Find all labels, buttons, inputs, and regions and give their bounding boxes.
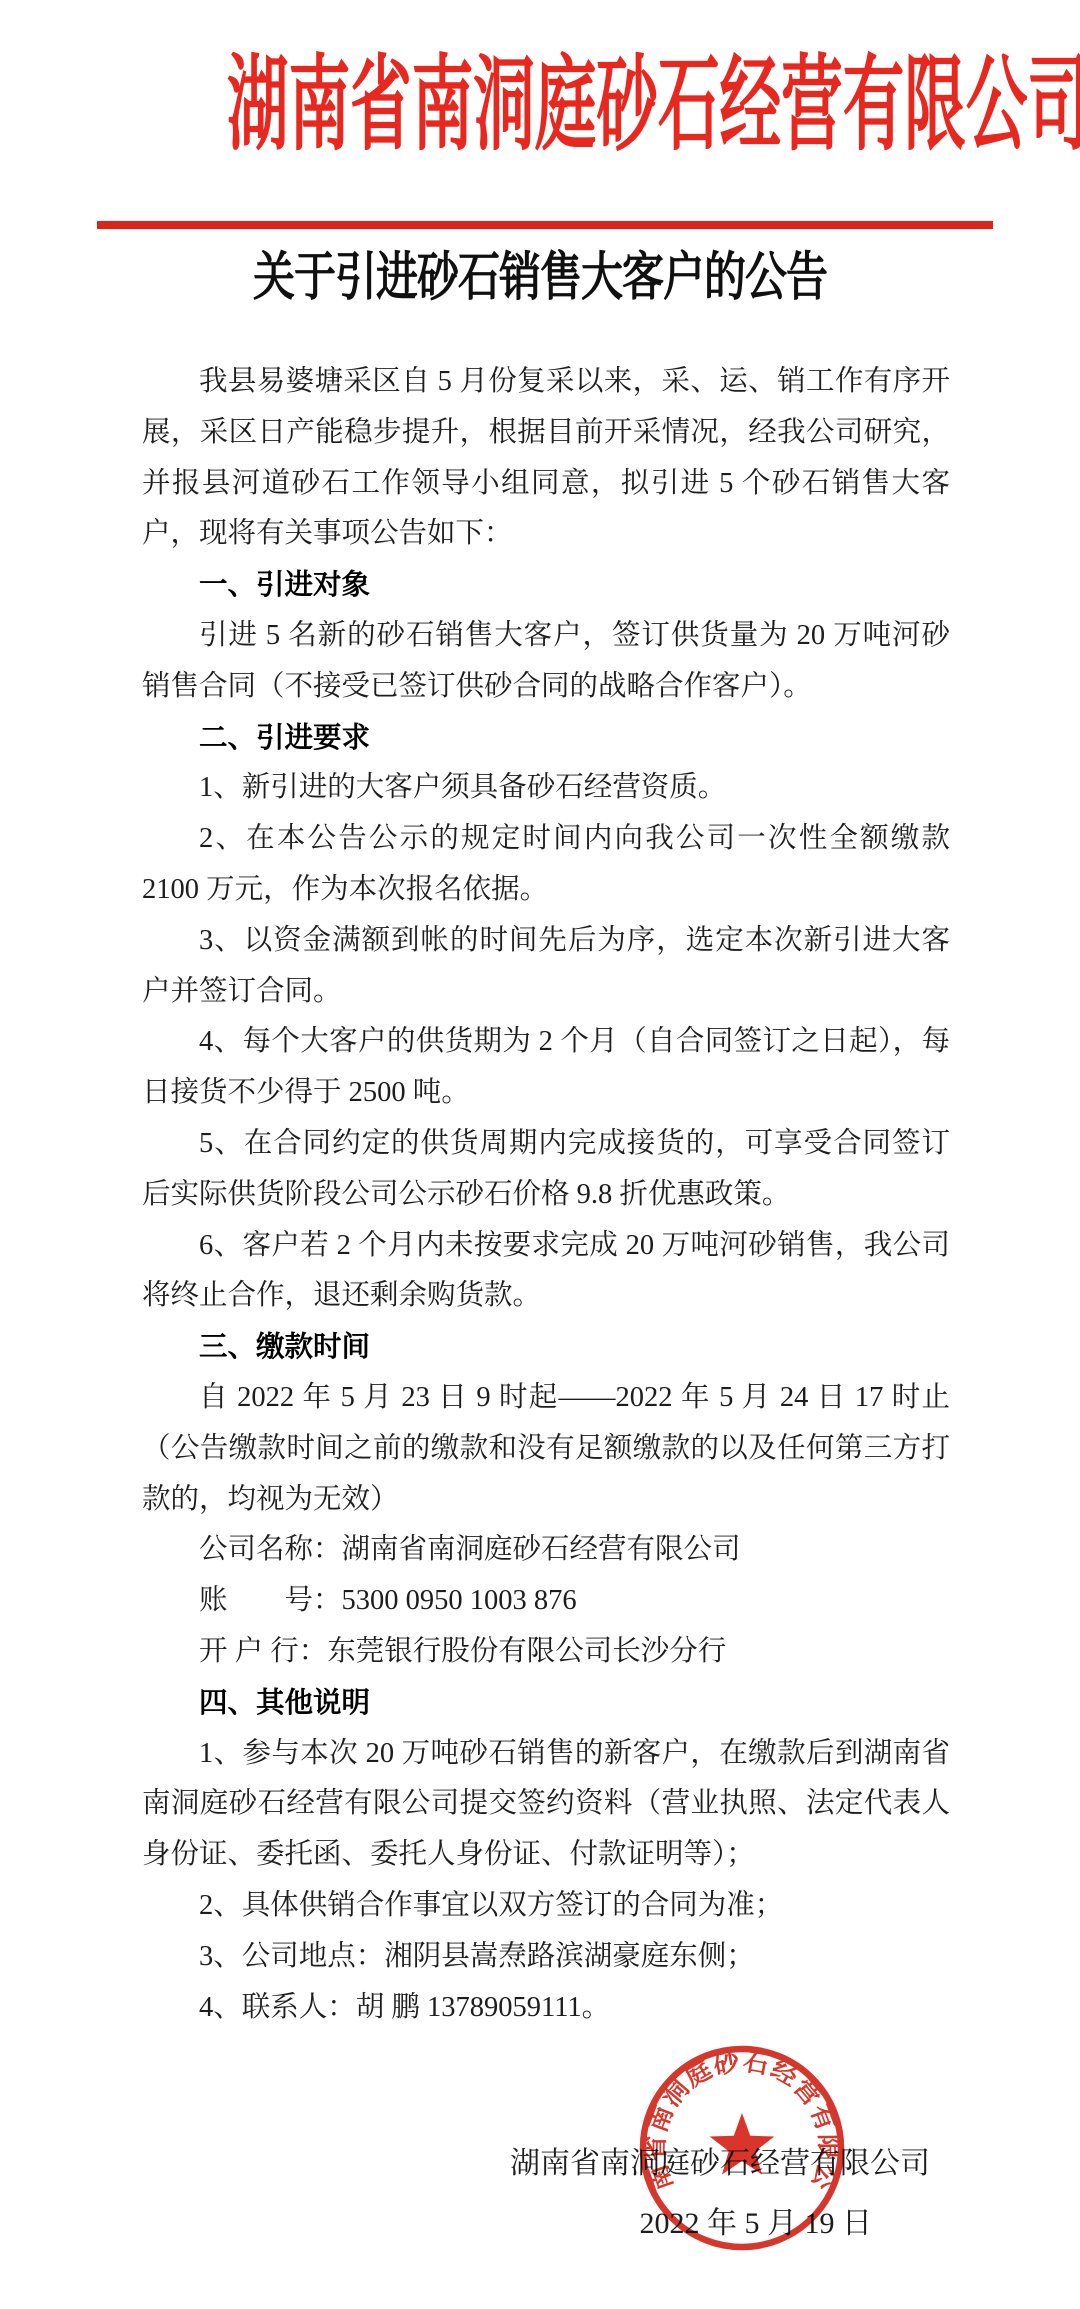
paragraph: 3、公司地点：湘阴县嵩焘路滨湖豪庭东侧； [142,1932,950,1983]
paragraph: 5、在合同约定的供货周期内完成接货的，可享受合同签订后实际供货阶段公司公示砂石价… [142,1119,950,1221]
section-heading: 一、引进对象 [142,560,950,611]
paragraph: 账 号：5300 0950 1003 876 [142,1576,950,1627]
document-title-wrap: 关于引进砂石销售大客户的公告 [0,252,1080,294]
paragraph: 3、以资金满额到帐的时间先后为序，选定本次新引进大客户并签订合同。 [142,916,950,1018]
section-heading: 三、缴款时间 [142,1322,950,1373]
section-heading: 四、其他说明 [142,1678,950,1729]
paragraph: 开 户 行：东莞银行股份有限公司长沙分行 [142,1627,950,1678]
paragraph: 4、联系人：胡 鹏 13789059111。 [142,1983,950,2034]
paragraph: 引进 5 名新的砂石销售大客户，签订供货量为 20 万吨河砂销售合同（不接受已签… [142,611,950,713]
company-seal: 湖南省南洞庭砂石经营有限公司 [636,2042,848,2254]
seal-arc-text: 湖南省南洞庭砂石经营有限公司 [636,2042,842,2194]
paragraph: 2、在本公告公示的规定时间内向我公司一次性全额缴款 2100 万元，作为本次报名… [142,814,950,916]
paragraph: 1、新引进的大客户须具备砂石经营资质。 [142,763,950,814]
paragraph: 我县易婆塘采区自 5 月份复采以来，采、运、销工作有序开展，采区日产能稳步提升，… [142,357,950,560]
paragraph: 1、参与本次 20 万吨砂石销售的新客户，在缴款后到湖南省南洞庭砂石经营有限公司… [142,1729,950,1881]
seal-arc-text-wrap: 湖南省南洞庭砂石经营有限公司 [636,2042,842,2194]
letterhead-company-name: 湖南省南洞庭砂石经营有限公司 [227,54,1080,157]
seal-star-icon [710,2113,775,2175]
letterhead: 湖南省南洞庭砂石经营有限公司 [0,54,1080,148]
paragraph: 4、每个大客户的供货期为 2 个月（自合同签订之日起），每日接货不少得于 250… [142,1017,950,1119]
section-heading: 二、引进要求 [142,713,950,764]
letterhead-divider [97,221,993,229]
paragraph: 自 2022 年 5 月 23 日 9 时起——2022 年 5 月 24 日 … [142,1373,950,1525]
document-body: 我县易婆塘采区自 5 月份复采以来，采、运、销工作有序开展，采区日产能稳步提升，… [142,357,950,2033]
paragraph: 6、客户若 2 个月内未按要求完成 20 万吨河砂销售，我公司将终止合作，退还剩… [142,1221,950,1323]
paragraph: 公司名称：湖南省南洞庭砂石经营有限公司 [142,1525,950,1576]
document-title: 关于引进砂石销售大客户的公告 [253,252,827,305]
paragraph: 2、具体供销合作事宜以双方签订的合同为准； [142,1881,950,1932]
announcement-page: 湖南省南洞庭砂石经营有限公司 关于引进砂石销售大客户的公告 我县易婆塘采区自 5… [0,0,1080,2309]
